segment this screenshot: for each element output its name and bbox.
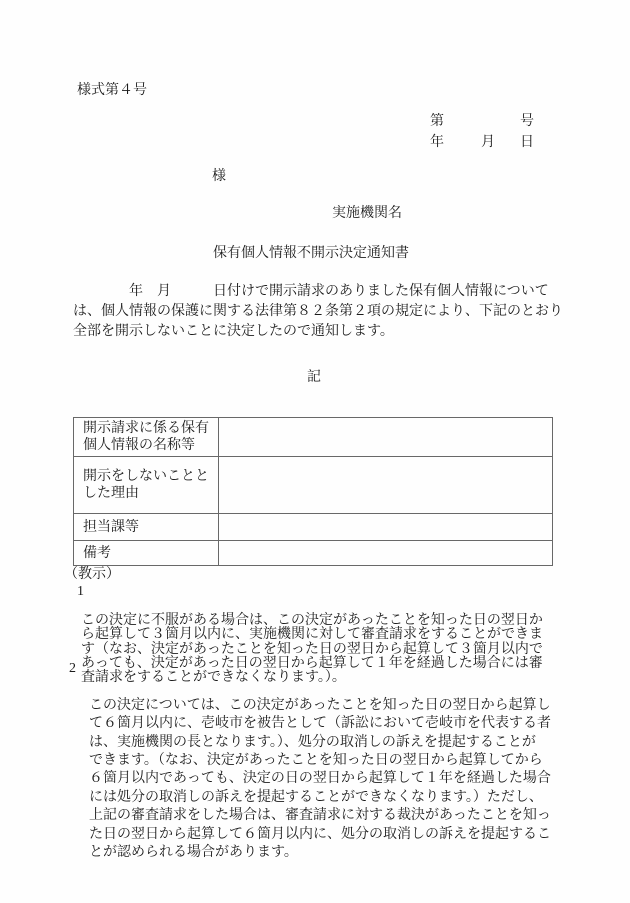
doc-number-prefix: 第	[430, 114, 444, 130]
row-value-personal-info-name	[219, 418, 553, 457]
table-row: 開示をしないことと した理由	[74, 457, 553, 514]
row-label-department: 担当課等	[74, 514, 219, 541]
instructions-heading: （教示）	[64, 567, 120, 583]
instruction-item-2: 2 この決定については、この決定があったことを知った日の翌日から起算し て６箇月…	[89, 660, 627, 862]
instruction-item-2-text: この決定については、この決定があったことを知った日の翌日から起算し て６箇月以内…	[89, 698, 551, 860]
table-row: 備考	[74, 541, 553, 566]
document-title: 保有個人情報不開示決定通知書	[213, 246, 409, 262]
decision-details-table: 開示請求に係る保有 個人情報の名称等 開示をしないことと した理由 担当課等 備…	[73, 417, 553, 566]
date-year-label: 年	[430, 135, 444, 151]
table-row: 開示請求に係る保有 個人情報の名称等	[74, 418, 553, 457]
row-value-reason	[219, 457, 553, 514]
doc-number-suffix: 号	[520, 114, 534, 130]
row-label-personal-info-name: 開示請求に係る保有 個人情報の名称等	[74, 418, 219, 457]
table-row: 担当課等	[74, 514, 553, 541]
row-label-reason: 開示をしないことと した理由	[74, 457, 219, 514]
notice-body-paragraph: 年 月 日付けで開示請求のありました保有個人情報について は、個人情報の保護に関…	[73, 282, 613, 342]
instruction-item-1-number: 1	[66, 585, 84, 599]
row-value-department	[219, 514, 553, 541]
document-page: 様式第４号 第 号 年 月 日 様 実施機関名 保有個人情報不開示決定通知書 年…	[0, 0, 630, 903]
addressee-suffix: 様	[212, 169, 226, 185]
date-month-label: 月	[481, 135, 495, 151]
ki-heading: 記	[307, 370, 321, 386]
row-value-remarks	[219, 541, 553, 566]
issuing-agency-label: 実施機関名	[332, 206, 402, 222]
date-day-label: 日	[520, 135, 534, 151]
form-number-label: 様式第４号	[77, 83, 147, 99]
instruction-item-2-number: 2	[66, 660, 76, 678]
row-label-remarks: 備考	[74, 541, 219, 566]
